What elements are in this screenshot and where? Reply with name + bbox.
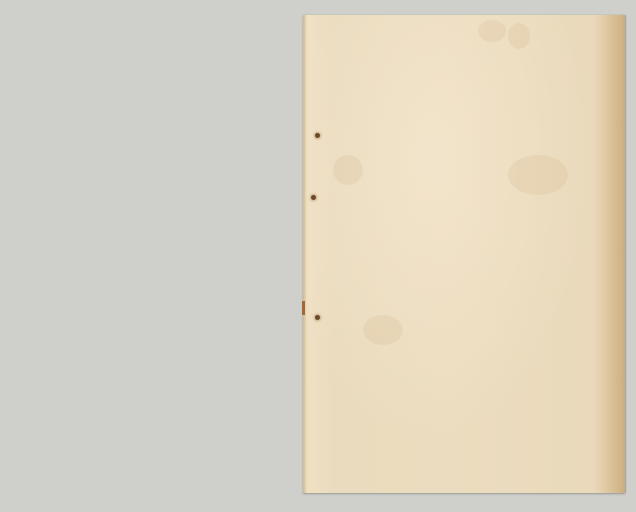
stain — [508, 23, 530, 49]
stain — [478, 20, 506, 42]
blank-page — [303, 15, 625, 493]
binding-hole — [315, 315, 320, 320]
binding-tab — [302, 301, 305, 315]
stain — [363, 315, 403, 345]
binding-hole — [315, 133, 320, 138]
page-edge-shadow — [605, 15, 625, 493]
binding-hole — [311, 195, 316, 200]
stain — [508, 155, 568, 195]
stain — [333, 155, 363, 185]
